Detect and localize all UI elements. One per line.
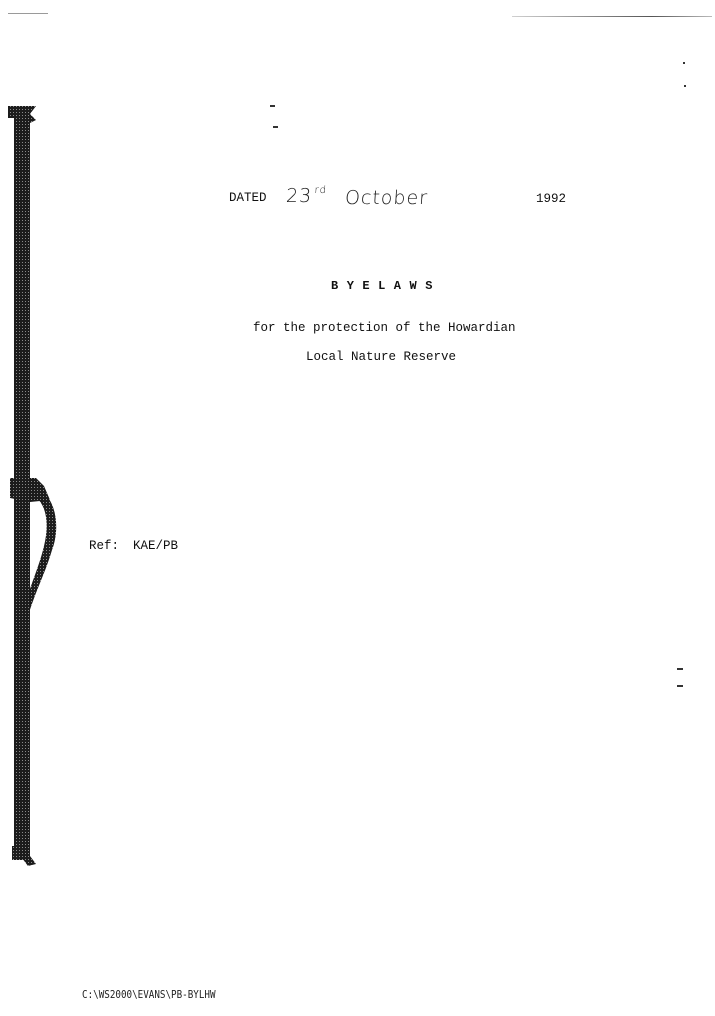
ribbon-binding <box>0 0 80 1016</box>
stray-mark <box>677 668 683 670</box>
stray-mark <box>270 105 275 107</box>
reference-label: Ref: <box>89 539 119 553</box>
document-title: BYELAWS <box>331 279 441 293</box>
dated-month-handwritten: October <box>344 187 429 209</box>
file-path-footer: C:\WS2000\EVANS\PB-BYLHW <box>82 989 216 1001</box>
stray-mark <box>273 126 278 128</box>
reference-value: KAE/PB <box>133 539 178 553</box>
dated-year: 1992 <box>536 192 566 206</box>
dated-day-suffix: rd <box>314 185 327 196</box>
document-subtitle-line1: for the protection of the Howardian <box>253 321 516 335</box>
dated-day: 23 <box>285 185 313 207</box>
scan-artifact-top-right <box>512 16 712 17</box>
dated-day-handwritten: 23rd <box>285 185 327 207</box>
dated-label: DATED <box>229 191 267 205</box>
stray-mark <box>684 85 686 87</box>
document-page: DATED 23rd October 1992 BYELAWS for the … <box>0 0 715 1016</box>
stray-mark <box>683 62 685 64</box>
stray-mark <box>677 685 683 687</box>
document-subtitle-line2: Local Nature Reserve <box>306 350 456 364</box>
